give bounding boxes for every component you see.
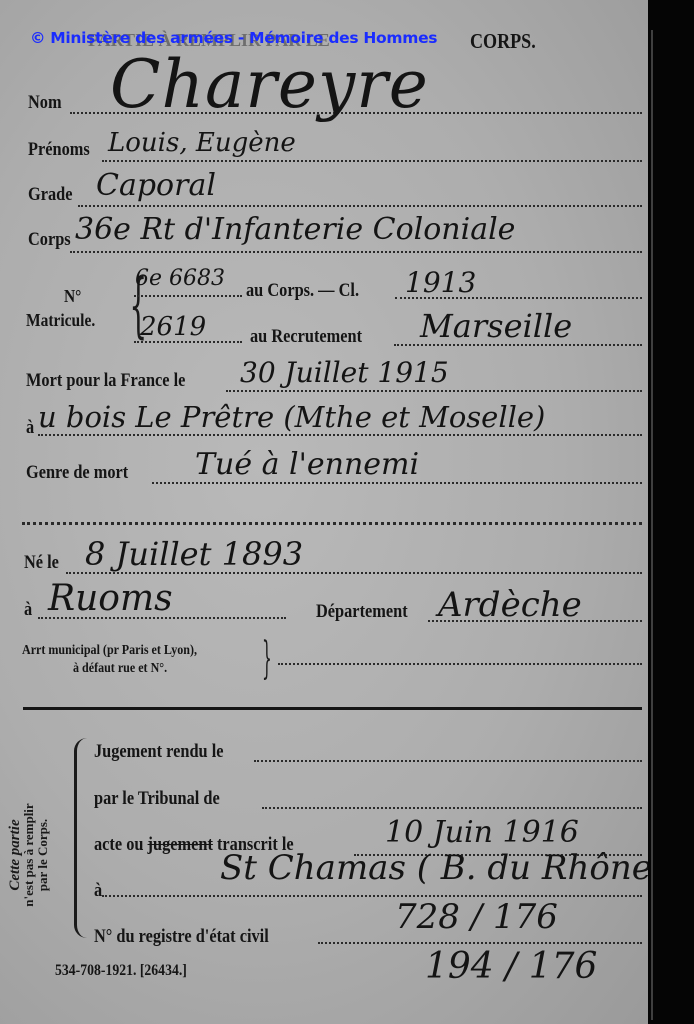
jugement-rendu-line bbox=[254, 760, 642, 762]
genre-mort-line bbox=[152, 482, 642, 484]
corps-line bbox=[70, 251, 642, 253]
registre-label: N° du registre d'état civil bbox=[94, 926, 269, 948]
nom-value: Chareyre bbox=[110, 46, 429, 123]
transcrit-prefix: acte ou bbox=[94, 834, 148, 855]
matricule-corps-line bbox=[134, 295, 242, 297]
genre-mort-label: Genre de mort bbox=[26, 462, 128, 484]
print-code: 534-708-1921. [26434.] bbox=[55, 962, 187, 980]
matricule-recrutement-number: 2619 bbox=[140, 312, 206, 342]
arrondissement-label-2: à défaut rue et N°. bbox=[73, 661, 167, 677]
scan-dark-edge bbox=[648, 0, 694, 1024]
card-edge-line bbox=[651, 30, 653, 1020]
grade-value: Caporal bbox=[96, 168, 216, 203]
mort-lieu-value: u bois Le Prêtre (Mthe et Moselle) bbox=[38, 400, 545, 434]
header-title-corps: CORPS. bbox=[470, 29, 536, 54]
jugement-rendu-label: Jugement rendu le bbox=[94, 741, 224, 763]
prenoms-line bbox=[102, 160, 642, 162]
tribunal-label: par le Tribunal de bbox=[94, 788, 220, 810]
prenoms-value: Louis, Eugène bbox=[108, 128, 296, 158]
section-divider bbox=[23, 707, 642, 710]
transcrit-value: 10 Juin 1916 bbox=[385, 815, 579, 850]
transcrit-struck: jugement bbox=[148, 834, 213, 855]
registre-extra-value: 194 / 176 bbox=[425, 946, 597, 987]
lieu-value: St Chamas ( B. du Rhône bbox=[220, 848, 652, 888]
registre-value: 728 / 176 bbox=[395, 897, 558, 937]
mort-date-label: Mort pour la France le bbox=[26, 370, 185, 392]
civil-section-bracket bbox=[74, 738, 87, 938]
lieu-label: à bbox=[94, 880, 102, 902]
matricule-corps-label: au Corps. — Cl. bbox=[246, 280, 359, 302]
departement-label: Département bbox=[316, 601, 408, 623]
nom-label: Nom bbox=[28, 92, 62, 114]
arrondissement-brace: } bbox=[262, 637, 272, 681]
ne-a-label: à bbox=[24, 599, 32, 621]
civil-side-note: Cette partie n'est pas à remplir par le … bbox=[8, 775, 50, 935]
recrutement-place: Marseille bbox=[420, 307, 572, 345]
side-note-line-3: par le Corps. bbox=[36, 775, 50, 935]
grade-label: Grade bbox=[28, 184, 72, 206]
lieu-line bbox=[102, 895, 642, 897]
side-note-line-1: Cette partie bbox=[8, 775, 22, 935]
copyright-watermark: © Ministère des armées - Mémoire des Hom… bbox=[30, 29, 437, 47]
mort-date-line bbox=[226, 390, 642, 392]
corps-label: Corps bbox=[28, 229, 71, 251]
genre-mort-value: Tué à l'ennemi bbox=[195, 447, 419, 482]
recrutement-label: au Recrutement bbox=[250, 326, 362, 348]
matricule-corps-number: 6e 6683 bbox=[135, 266, 225, 291]
mort-lieu-line bbox=[38, 434, 642, 436]
mort-lieu-label: à bbox=[26, 417, 34, 439]
ne-le-label: Né le bbox=[24, 552, 59, 574]
mort-date-value: 30 Juillet 1915 bbox=[240, 356, 449, 389]
corps-value: 36e Rt d'Infanterie Coloniale bbox=[75, 212, 515, 247]
side-note-line-2: n'est pas à remplir bbox=[22, 775, 36, 935]
death-record-card: PARTIE À REMPLIR PAR LE CORPS. © Ministè… bbox=[0, 0, 648, 1024]
classe-value: 1913 bbox=[405, 266, 476, 299]
arrondissement-label-1: Arrt municipal (pr Paris et Lyon), bbox=[22, 643, 197, 659]
separator-line bbox=[22, 522, 642, 525]
ne-a-value: Ruoms bbox=[48, 578, 173, 619]
prenoms-label: Prénoms bbox=[28, 139, 90, 161]
ne-le-value: 8 Juillet 1893 bbox=[85, 535, 303, 573]
matricule-label: Matricule. bbox=[26, 310, 95, 331]
grade-line bbox=[78, 205, 642, 207]
arrondissement-line bbox=[278, 663, 642, 665]
registre-line bbox=[318, 942, 642, 944]
tribunal-line bbox=[262, 807, 642, 809]
departement-value: Ardèche bbox=[438, 585, 582, 625]
matricule-label-n: N° bbox=[64, 286, 81, 307]
